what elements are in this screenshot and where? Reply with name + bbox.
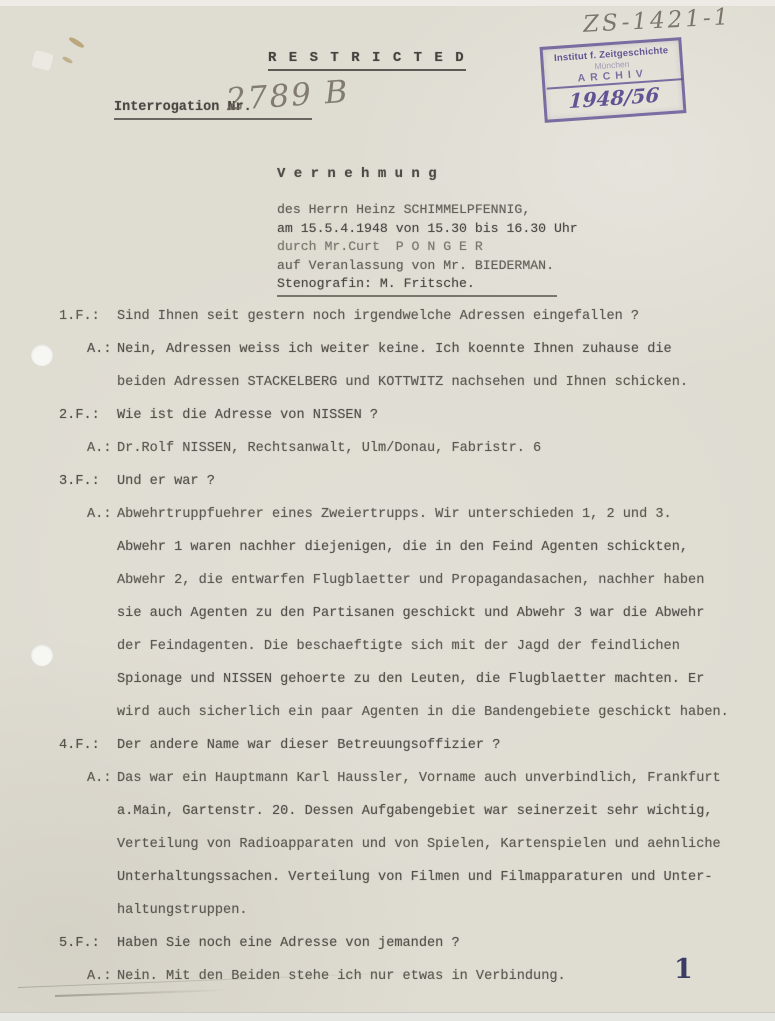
qa-answer-row: Verteilung von Radioapparaten und von Sp… bbox=[0, 831, 775, 864]
qa-answer-row: A.:Das war ein Hauptmann Karl Haussler, … bbox=[0, 765, 775, 798]
qa-answer-row: sie auch Agenten zu den Partisanen gesch… bbox=[0, 600, 775, 633]
qa-answer-row: Spionage und NISSEN gehoerte zu den Leut… bbox=[0, 666, 775, 699]
archive-number-handwritten: ZS-1421-1 bbox=[582, 4, 731, 38]
qa-answer-row: haltungstruppen. bbox=[0, 897, 775, 930]
answer-line: a.Main, Gartenstr. 20. Dessen Aufgabenge… bbox=[117, 804, 713, 819]
answer-line: haltungstruppen. bbox=[117, 903, 248, 918]
qa-question-row: 5.F.:Haben Sie noch eine Adresse von jem… bbox=[0, 930, 775, 963]
punch-hole bbox=[31, 344, 53, 366]
answer-line: Abwehr 1 waren nachher diejenigen, die i… bbox=[117, 540, 688, 555]
qa-answer-row: a.Main, Gartenstr. 20. Dessen Aufgabenge… bbox=[0, 798, 775, 831]
qa-answer-row: A.:Abwehrtruppfuehrer eines Zweiertrupps… bbox=[0, 501, 775, 534]
header-line-authorized-by: auf Veranlassung von Mr. BIEDERMAN. bbox=[277, 257, 578, 276]
answer-line: Nein. Mit den Beiden stehe ich nur etwas… bbox=[117, 969, 566, 984]
qa-answer-row: A.:Dr.Rolf NISSEN, Rechtsanwalt, Ulm/Don… bbox=[0, 435, 775, 468]
rust-stain bbox=[68, 36, 85, 49]
question-label: 4.F.: bbox=[59, 738, 100, 753]
interrogation-number-handwritten: 2789 B bbox=[225, 74, 351, 119]
answer-line: Verteilung von Radioapparaten und von Sp… bbox=[117, 837, 721, 852]
qa-transcript: 1.F.:Sind Ihnen seit gestern noch irgend… bbox=[0, 303, 775, 996]
question-text: Und er war ? bbox=[117, 474, 215, 489]
qa-answer-row: der Feindagenten. Die beschaeftigte sich… bbox=[0, 633, 775, 666]
header-line-interrogator: durch Mr.Curt P O N G E R bbox=[277, 238, 578, 257]
scan-edge-top bbox=[0, 0, 775, 6]
document-title: V e r n e h m u n g bbox=[277, 166, 437, 182]
question-label: 5.F.: bbox=[59, 936, 100, 951]
scanned-page: ZS-1421-1 Institut f. Zeitgeschichte Mün… bbox=[0, 0, 775, 1021]
classification-header: R E S T R I C T E D bbox=[268, 50, 466, 71]
answer-line: der Feindagenten. Die beschaeftigte sich… bbox=[117, 639, 680, 654]
question-label: 1.F.: bbox=[59, 309, 100, 324]
answer-line: beiden Adressen STACKELBERG und KOTTWITZ… bbox=[117, 375, 688, 390]
document-header-block: des Herrn Heinz SCHIMMELPFENNIG, am 15.5… bbox=[277, 201, 578, 297]
punch-hole bbox=[31, 644, 53, 666]
qa-answer-row: Abwehr 2, die entwarfen Flugblaetter und… bbox=[0, 567, 775, 600]
answer-line: sie auch Agenten zu den Partisanen gesch… bbox=[117, 606, 704, 621]
qa-answer-row: Abwehr 1 waren nachher diejenigen, die i… bbox=[0, 534, 775, 567]
qa-answer-row: A.:Nein. Mit den Beiden stehe ich nur et… bbox=[0, 963, 775, 996]
question-label: 3.F.: bbox=[59, 474, 100, 489]
rust-stain bbox=[62, 56, 74, 65]
question-text: Der andere Name war dieser Betreuungsoff… bbox=[117, 738, 500, 753]
answer-line: Abwehrtruppfuehrer eines Zweiertrupps. W… bbox=[117, 507, 672, 522]
qa-question-row: 1.F.:Sind Ihnen seit gestern noch irgend… bbox=[0, 303, 775, 336]
scan-edge-bottom bbox=[0, 1012, 775, 1021]
answer-label: A.: bbox=[87, 969, 111, 984]
qa-question-row: 3.F.:Und er war ? bbox=[0, 468, 775, 501]
question-label: 2.F.: bbox=[59, 408, 100, 423]
answer-line: Unterhaltungssachen. Verteilung von Film… bbox=[117, 870, 713, 885]
archive-stamp: Institut f. Zeitgeschichte München ARCHI… bbox=[540, 37, 687, 123]
answer-label: A.: bbox=[87, 771, 111, 786]
answer-label: A.: bbox=[87, 342, 111, 357]
answer-line: Abwehr 2, die entwarfen Flugblaetter und… bbox=[117, 573, 704, 588]
answer-line: wird auch sicherlich ein paar Agenten in… bbox=[117, 705, 729, 720]
qa-answer-row: A.:Nein, Adressen weiss ich weiter keine… bbox=[0, 336, 775, 369]
qa-question-row: 4.F.:Der andere Name war dieser Betreuun… bbox=[0, 732, 775, 765]
header-line-stenographer: Stenografin: M. Fritsche. bbox=[277, 275, 557, 297]
answer-line: Dr.Rolf NISSEN, Rechtsanwalt, Ulm/Donau,… bbox=[117, 441, 541, 456]
qa-answer-row: beiden Adressen STACKELBERG und KOTTWITZ… bbox=[0, 369, 775, 402]
header-line-datetime: am 15.5.4.1948 von 15.30 bis 16.30 Uhr bbox=[277, 220, 578, 239]
answer-label: A.: bbox=[87, 507, 111, 522]
qa-answer-row: wird auch sicherlich ein paar Agenten in… bbox=[0, 699, 775, 732]
answer-label: A.: bbox=[87, 441, 111, 456]
qa-answer-row: Unterhaltungssachen. Verteilung von Film… bbox=[0, 864, 775, 897]
question-text: Sind Ihnen seit gestern noch irgendwelch… bbox=[117, 309, 639, 324]
answer-line: Nein, Adressen weiss ich weiter keine. I… bbox=[117, 342, 672, 357]
header-line-subject: des Herrn Heinz SCHIMMELPFENNIG, bbox=[277, 201, 578, 220]
answer-line: Spionage und NISSEN gehoerte zu den Leut… bbox=[117, 672, 704, 687]
question-text: Haben Sie noch eine Adresse von jemanden… bbox=[117, 936, 460, 951]
answer-line: Das war ein Hauptmann Karl Haussler, Vor… bbox=[117, 771, 721, 786]
qa-question-row: 2.F.:Wie ist die Adresse von NISSEN ? bbox=[0, 402, 775, 435]
paper-abrasion bbox=[31, 50, 54, 71]
page-number: 1 bbox=[674, 954, 693, 985]
question-text: Wie ist die Adresse von NISSEN ? bbox=[117, 408, 378, 423]
